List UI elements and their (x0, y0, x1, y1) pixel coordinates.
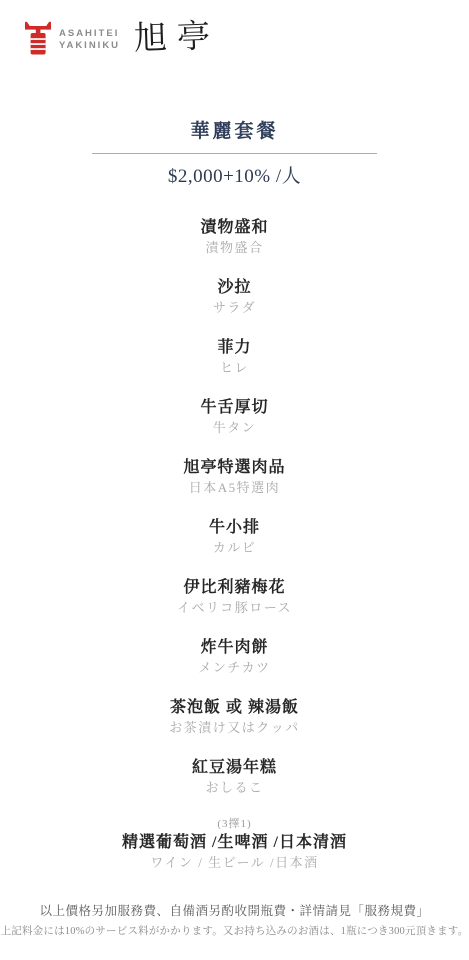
menu-items: 漬物盛和 漬物盛合 沙拉 サラダ 菲力/日本A5 ヒレ 牛舌厚切/澳洲和牛 牛タ… (0, 217, 469, 871)
brand-logo: ASAHITEI YAKINIKU 旭亭 (25, 18, 220, 58)
item-name: 精選葡萄酒 /生啤酒 /日本清酒 (122, 832, 347, 854)
menu-item: 紅豆湯年糕 おしるこ (0, 757, 469, 796)
item-name: 牛舌厚切 (200, 397, 268, 419)
menu-item: 漬物盛和 漬物盛合 (0, 217, 469, 256)
item-subtitle: おしるこ (0, 779, 469, 796)
menu-item: 牛舌厚切/澳洲和牛 牛タン (0, 397, 469, 436)
item-subtitle: 牛タン (0, 419, 469, 436)
menu-title: 華麗套餐 (0, 116, 469, 143)
item-name: 菲力 (217, 337, 251, 359)
brand-wordmark: ASAHITEI YAKINIKU (59, 28, 120, 53)
brand-calligraphy: 旭亭 (133, 20, 220, 56)
item-subtitle: サラダ (0, 299, 469, 316)
item-subtitle: 日本A5特選肉 (0, 479, 469, 496)
item-name: 牛小排 (209, 517, 260, 539)
item-name: 紅豆湯年糕 (192, 757, 277, 779)
footer: 以上價格另加服務費、自備酒另酌收開瓶費・詳情請見「服務規費」 上記料金には10%… (0, 903, 469, 939)
item-name: 沙拉 (217, 277, 251, 299)
service-fee-notice-zh: 以上價格另加服務費、自備酒另酌收開瓶費・詳情請見「服務規費」 (0, 903, 469, 920)
menu-item: 炸牛肉餅 メンチカツ (0, 637, 469, 676)
item-name: 炸牛肉餅 (200, 637, 268, 659)
menu-item: 伊比利豬梅花/西班牙 イベリコ豚ロース (0, 577, 469, 616)
brand-name-line1: ASAHITEI (59, 28, 120, 41)
item-subtitle: イベリコ豚ロース (0, 599, 469, 616)
menu-item: 牛小排/美國Prime カルビ (0, 517, 469, 556)
item-subtitle: メンチカツ (0, 659, 469, 676)
drink-choice-note: (3擇1) (0, 817, 469, 831)
item-subtitle: 漬物盛合 (0, 239, 469, 256)
item-subtitle: ワイン / 生ビール /日本酒 (0, 854, 469, 871)
title-divider (92, 153, 377, 154)
menu-item: 菲力/日本A5 ヒレ (0, 337, 469, 376)
item-subtitle: ヒレ (0, 359, 469, 376)
menu-price: $2,000+10% /人 (0, 161, 469, 188)
menu-item: 茶泡飯 或 辣湯飯 お茶漬け又はクッパ (0, 697, 469, 736)
service-fee-notice-ja: 上記料金には10%のサービス料がかかります。又お持ち込みのお酒は、1瓶につき30… (0, 925, 469, 939)
menu-item-drinks: (3擇1) 精選葡萄酒 /生啤酒 /日本清酒 ワイン / 生ビール /日本酒 (0, 817, 469, 871)
item-name: 漬物盛和 (200, 217, 268, 239)
asahitei-red-mark-icon (25, 20, 51, 58)
item-subtitle: カルビ (0, 539, 469, 556)
item-subtitle: お茶漬け又はクッパ (0, 719, 469, 736)
brand-name-line2: YAKINIKU (59, 40, 120, 53)
menu-body: 華麗套餐 $2,000+10% /人 漬物盛和 漬物盛合 沙拉 サラダ 菲力/日… (0, 116, 469, 892)
menu-page: { "brand": { "logo_color": "#cf2b28", "n… (0, 0, 469, 960)
item-name: 茶泡飯 或 辣湯飯 (170, 697, 299, 719)
menu-item: 旭亭特選肉品/日本A5 日本A5特選肉 (0, 457, 469, 496)
item-name: 旭亭特選肉品 (183, 457, 285, 479)
menu-item: 沙拉 サラダ (0, 277, 469, 316)
item-name: 伊比利豬梅花 (183, 577, 285, 599)
